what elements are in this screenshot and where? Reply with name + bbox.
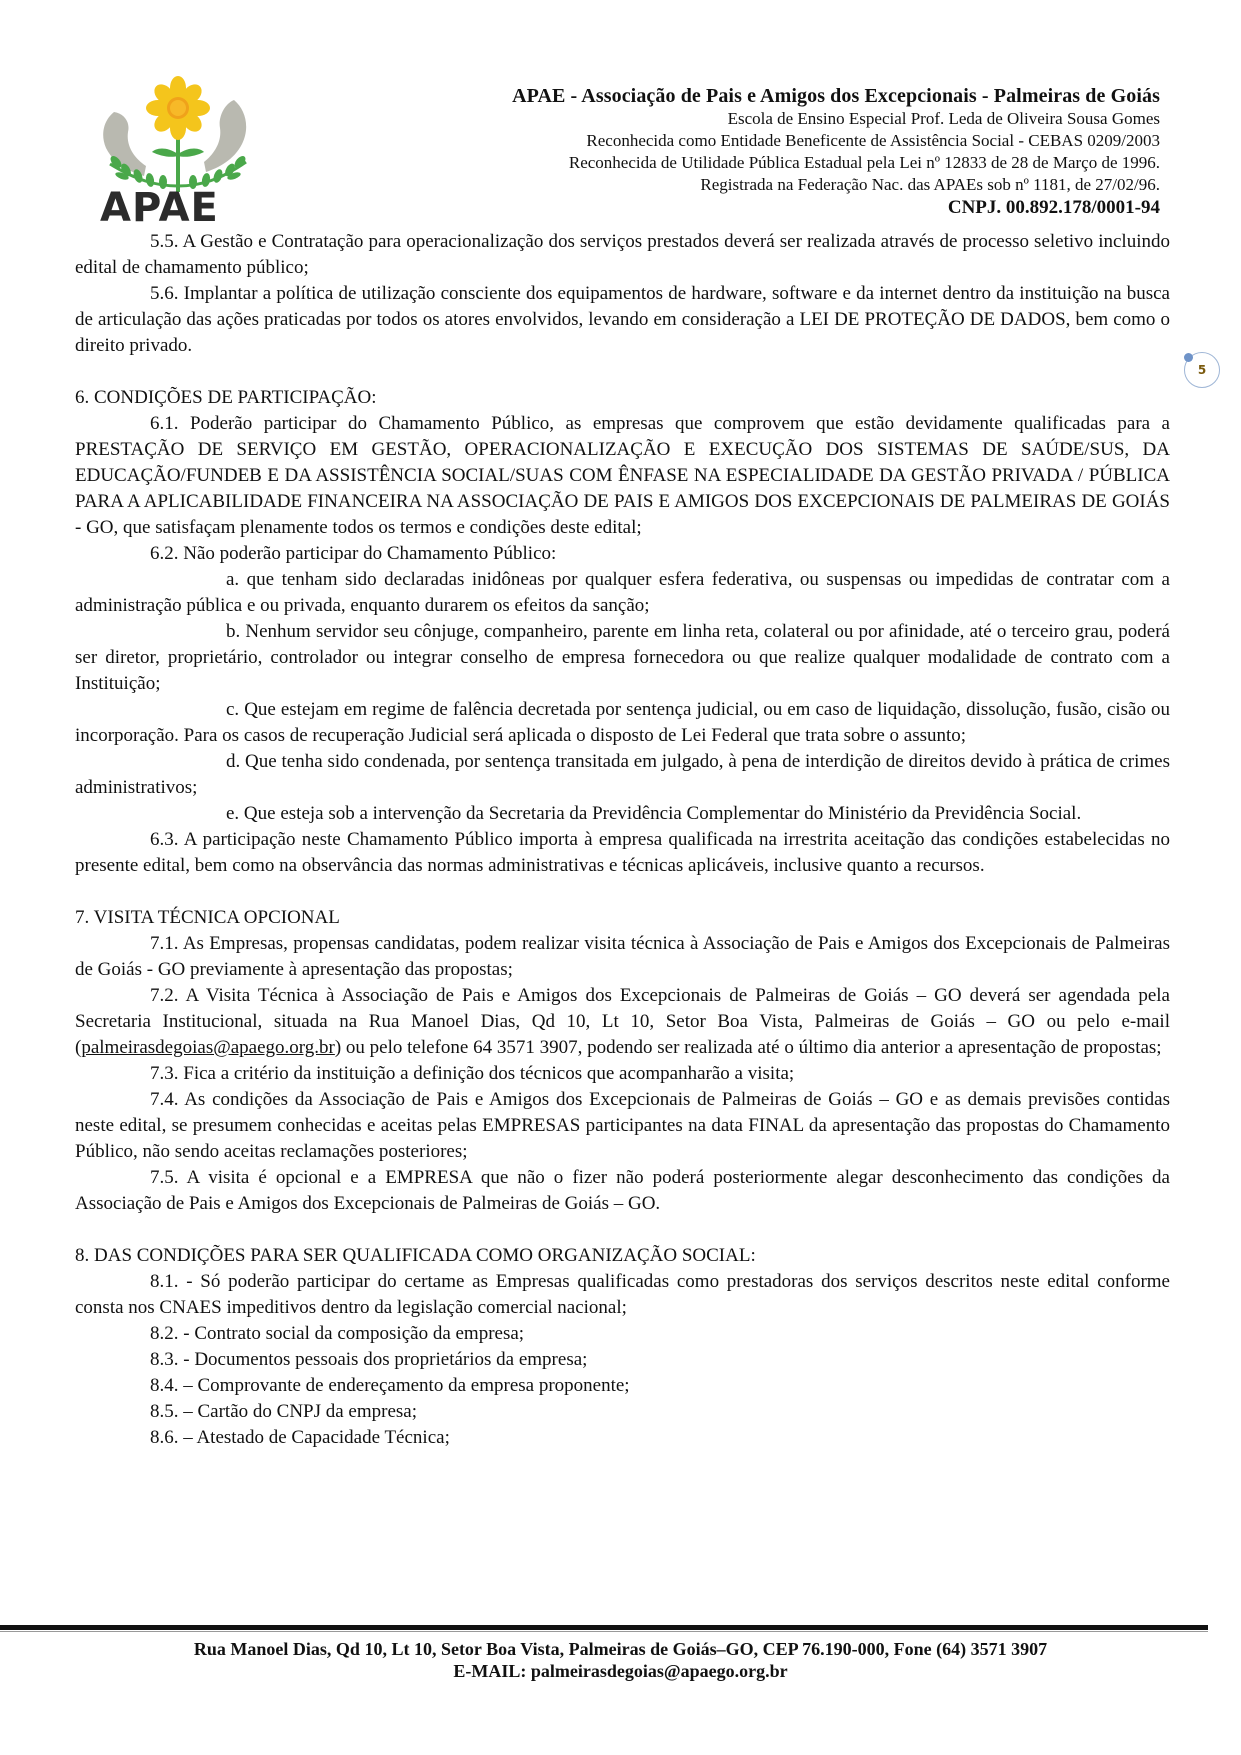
section-heading-8: 8. DAS CONDIÇÕES PARA SER QUALIFICADA CO… [75,1243,1170,1269]
list-item-6-2-d: d. Que tenha sido condenada, por sentenç… [75,749,1170,801]
cnpj: CNPJ. 00.892.178/0001-94 [280,196,1160,220]
letterhead-line: Reconhecida como Entidade Beneficente de… [280,130,1160,152]
letterhead-line: Registrada na Federação Nac. das APAEs s… [280,174,1160,196]
list-item-8-4: 8.4. – Comprovante de endereçamento da e… [75,1373,1170,1399]
apae-logo: APAE [86,72,272,230]
footer-address: Rua Manoel Dias, Qd 10, Lt 10, Setor Boa… [0,1638,1241,1660]
paragraph-7-5: 7.5. A visita é opcional e a EMPRESA que… [75,1165,1170,1217]
footer: Rua Manoel Dias, Qd 10, Lt 10, Setor Boa… [0,1638,1241,1682]
organization-title: APAE - Associação de Pais e Amigos dos E… [280,84,1160,108]
paragraph-7-2: 7.2. A Visita Técnica à Associação de Pa… [75,983,1170,1061]
letterhead: APAE - Associação de Pais e Amigos dos E… [280,84,1160,220]
paragraph-7-2-text: ) ou pelo telefone 64 3571 3907, podendo… [335,1037,1162,1058]
list-item-8-6: 8.6. – Atestado de Capacidade Técnica; [75,1425,1170,1451]
paragraph-6-1: 6.1. Poderão participar do Chamamento Pú… [75,411,1170,541]
list-item-8-5: 8.5. – Cartão do CNPJ da empresa; [75,1399,1170,1425]
list-item-8-3: 8.3. - Documentos pessoais dos proprietá… [75,1347,1170,1373]
list-item-6-2-b: b. Nenhum servidor seu cônjuge, companhe… [75,619,1170,697]
paragraph-8-1: 8.1. - Só poderão participar do certame … [75,1269,1170,1321]
paragraph-5-5: 5.5. A Gestão e Contratação para operaci… [75,229,1170,281]
list-item-6-2-a: a. que tenham sido declaradas inidôneas … [75,567,1170,619]
section-heading-7: 7. VISITA TÉCNICA OPCIONAL [75,905,1170,931]
section-heading-6: 6. CONDIÇÕES DE PARTICIPAÇÃO: [75,385,1170,411]
badge-dot-icon [1184,353,1193,362]
paragraph-5-6: 5.6. Implantar a política de utilização … [75,281,1170,359]
footer-email: E-MAIL: palmeirasdegoias@apaego.org.br [0,1660,1241,1682]
footer-divider-thin [0,1631,1208,1632]
paragraph-6-3: 6.3. A participação neste Chamamento Púb… [75,827,1170,879]
page-number: 5 [1198,363,1206,377]
document-body: 5.5. A Gestão e Contratação para operaci… [75,229,1170,1451]
email-link[interactable]: palmeirasdegoias@apaego.org.br [81,1037,335,1058]
paragraph-7-3: 7.3. Fica a critério da instituição a de… [75,1061,1170,1087]
letterhead-line: Reconhecida de Utilidade Pública Estadua… [280,152,1160,174]
letterhead-line: Escola de Ensino Especial Prof. Leda de … [280,108,1160,130]
paragraph-6-2: 6.2. Não poderão participar do Chamament… [75,541,1170,567]
paragraph-7-4: 7.4. As condições da Associação de Pais … [75,1087,1170,1165]
page-number-badge: 5 [1184,352,1220,388]
list-item-6-2-e: e. Que esteja sob a intervenção da Secre… [75,801,1170,827]
paragraph-7-1: 7.1. As Empresas, propensas candidatas, … [75,931,1170,983]
list-item-8-2: 8.2. - Contrato social da composição da … [75,1321,1170,1347]
footer-divider [0,1625,1208,1630]
logo-text: APAE [100,186,219,230]
list-item-6-2-c: c. Que estejam em regime de falência dec… [75,697,1170,749]
